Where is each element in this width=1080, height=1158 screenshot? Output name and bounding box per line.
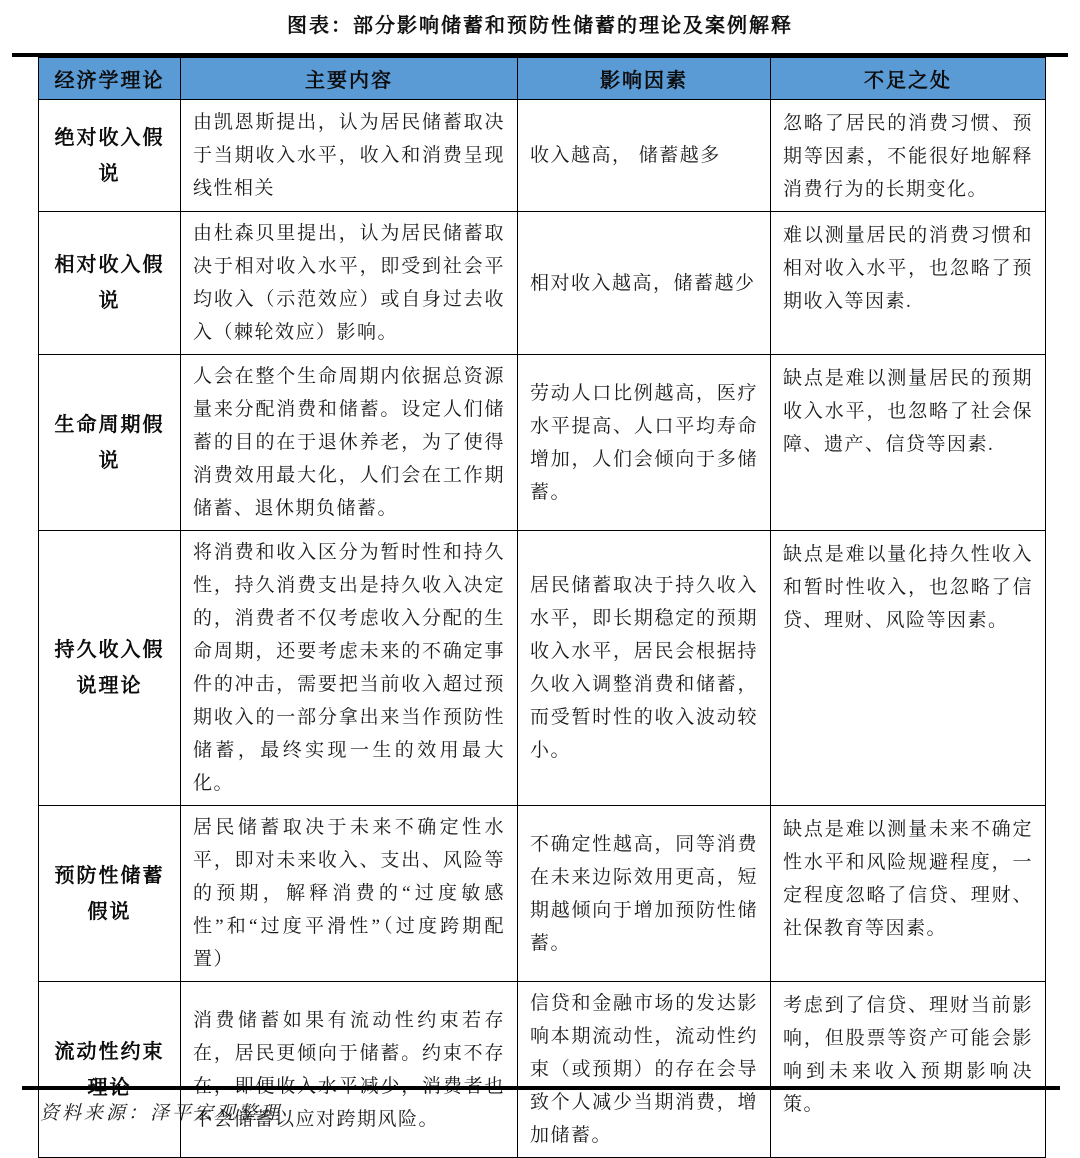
theory-name: 持久收入假说理论 <box>39 531 181 806</box>
theory-shortcomings: 缺点是难以测量居民的预期收入水平，也忽略了社会保障、遗产、信贷等因素. <box>771 355 1046 531</box>
theory-shortcomings: 缺点是难以测量未来不确定性水平和风险规避程度，一定程度忽略了信贷、理财、社保教育… <box>771 806 1046 982</box>
theory-name: 相对收入假说 <box>39 212 181 355</box>
source-note: 资料来源：泽平宏观整理 <box>40 1098 282 1125</box>
table-row: 预防性储蓄假说 居民储蓄取决于未来不确定性水平，即对未来收入、支出、风险等的预期… <box>39 806 1046 982</box>
theory-factors: 相对收入越高，储蓄越少 <box>518 212 771 355</box>
theory-shortcomings: 缺点是难以量化持久性收入和暂时性收入，也忽略了信贷、理财、风险等因素。 <box>771 531 1046 806</box>
theory-name: 绝对收入假说 <box>39 100 181 212</box>
theory-name: 预防性储蓄假说 <box>39 806 181 982</box>
bottom-rule <box>22 1086 1060 1090</box>
header-content: 主要内容 <box>181 58 518 100</box>
page: { "title": "图表：部分影响储蓄和预防性储蓄的理论及案例解释", "s… <box>0 0 1080 1140</box>
table-row: 流动性约束理论 消费储蓄如果有流动性约束若存在，居民更倾向于储蓄。约束不存在，即… <box>39 982 1046 1158</box>
theory-shortcomings: 忽略了居民的消费习惯、预期等因素，不能很好地解释消费行为的长期变化。 <box>771 100 1046 212</box>
header-factors: 影响因素 <box>518 58 771 100</box>
theory-name: 流动性约束理论 <box>39 982 181 1158</box>
table-row: 相对收入假说 由杜森贝里提出，认为居民储蓄取决于相对收入水平，即受到社会平均收入… <box>39 212 1046 355</box>
table-header-row: 经济学理论 主要内容 影响因素 不足之处 <box>39 58 1046 100</box>
theory-content: 将消费和收入区分为暂时性和持久性，持久消费支出是持久收入决定的，消费者不仅考虑收… <box>181 531 518 806</box>
theory-factors: 不确定性越高，同等消费在未来边际效用更高，短期越倾向于增加预防性储蓄。 <box>518 806 771 982</box>
savings-theory-table: 经济学理论 主要内容 影响因素 不足之处 绝对收入假说 由凯恩斯提出，认为居民储… <box>38 57 1046 1158</box>
theory-factors: 居民储蓄取决于持久收入水平，即长期稳定的预期收入水平，居民会根据持久收入调整消费… <box>518 531 771 806</box>
theory-shortcomings: 考虑到了信贷、理财当前影响，但股票等资产可能会影响到未来收入预期影响决策。 <box>771 982 1046 1158</box>
header-theory: 经济学理论 <box>39 58 181 100</box>
theory-factors: 信贷和金融市场的发达影响本期流动性，流动性约束（或预期）的存在会导致个人减少当期… <box>518 982 771 1158</box>
table-row: 绝对收入假说 由凯恩斯提出，认为居民储蓄取决于当期收入水平，收入和消费呈现线性相… <box>39 100 1046 212</box>
theory-shortcomings: 难以测量居民的消费习惯和相对收入水平，也忽略了预期收入等因素. <box>771 212 1046 355</box>
theory-content: 居民储蓄取决于未来不确定性水平，即对未来收入、支出、风险等的预期，解释消费的“过… <box>181 806 518 982</box>
theory-factors: 劳动人口比例越高，医疗水平提高、人口平均寿命增加，人们会倾向于多储蓄。 <box>518 355 771 531</box>
table-row: 持久收入假说理论 将消费和收入区分为暂时性和持久性，持久消费支出是持久收入决定的… <box>39 531 1046 806</box>
table-row: 生命周期假说 人会在整个生命周期内依据总资源量来分配消费和储蓄。设定人们储蓄的目… <box>39 355 1046 531</box>
theory-factors: 收入越高， 储蓄越多 <box>518 100 771 212</box>
page-title: 图表：部分影响储蓄和预防性储蓄的理论及案例解释 <box>0 9 1080 38</box>
theory-content: 由凯恩斯提出，认为居民储蓄取决于当期收入水平，收入和消费呈现线性相关 <box>181 100 518 212</box>
theory-name: 生命周期假说 <box>39 355 181 531</box>
theory-content: 由杜森贝里提出，认为居民储蓄取决于相对收入水平，即受到社会平均收入（示范效应）或… <box>181 212 518 355</box>
theory-content: 人会在整个生命周期内依据总资源量来分配消费和储蓄。设定人们储蓄的目的在于退休养老… <box>181 355 518 531</box>
theory-content: 消费储蓄如果有流动性约束若存在，居民更倾向于储蓄。约束不存在，即便收入水平减少，… <box>181 982 518 1158</box>
header-shortcomings: 不足之处 <box>771 58 1046 100</box>
